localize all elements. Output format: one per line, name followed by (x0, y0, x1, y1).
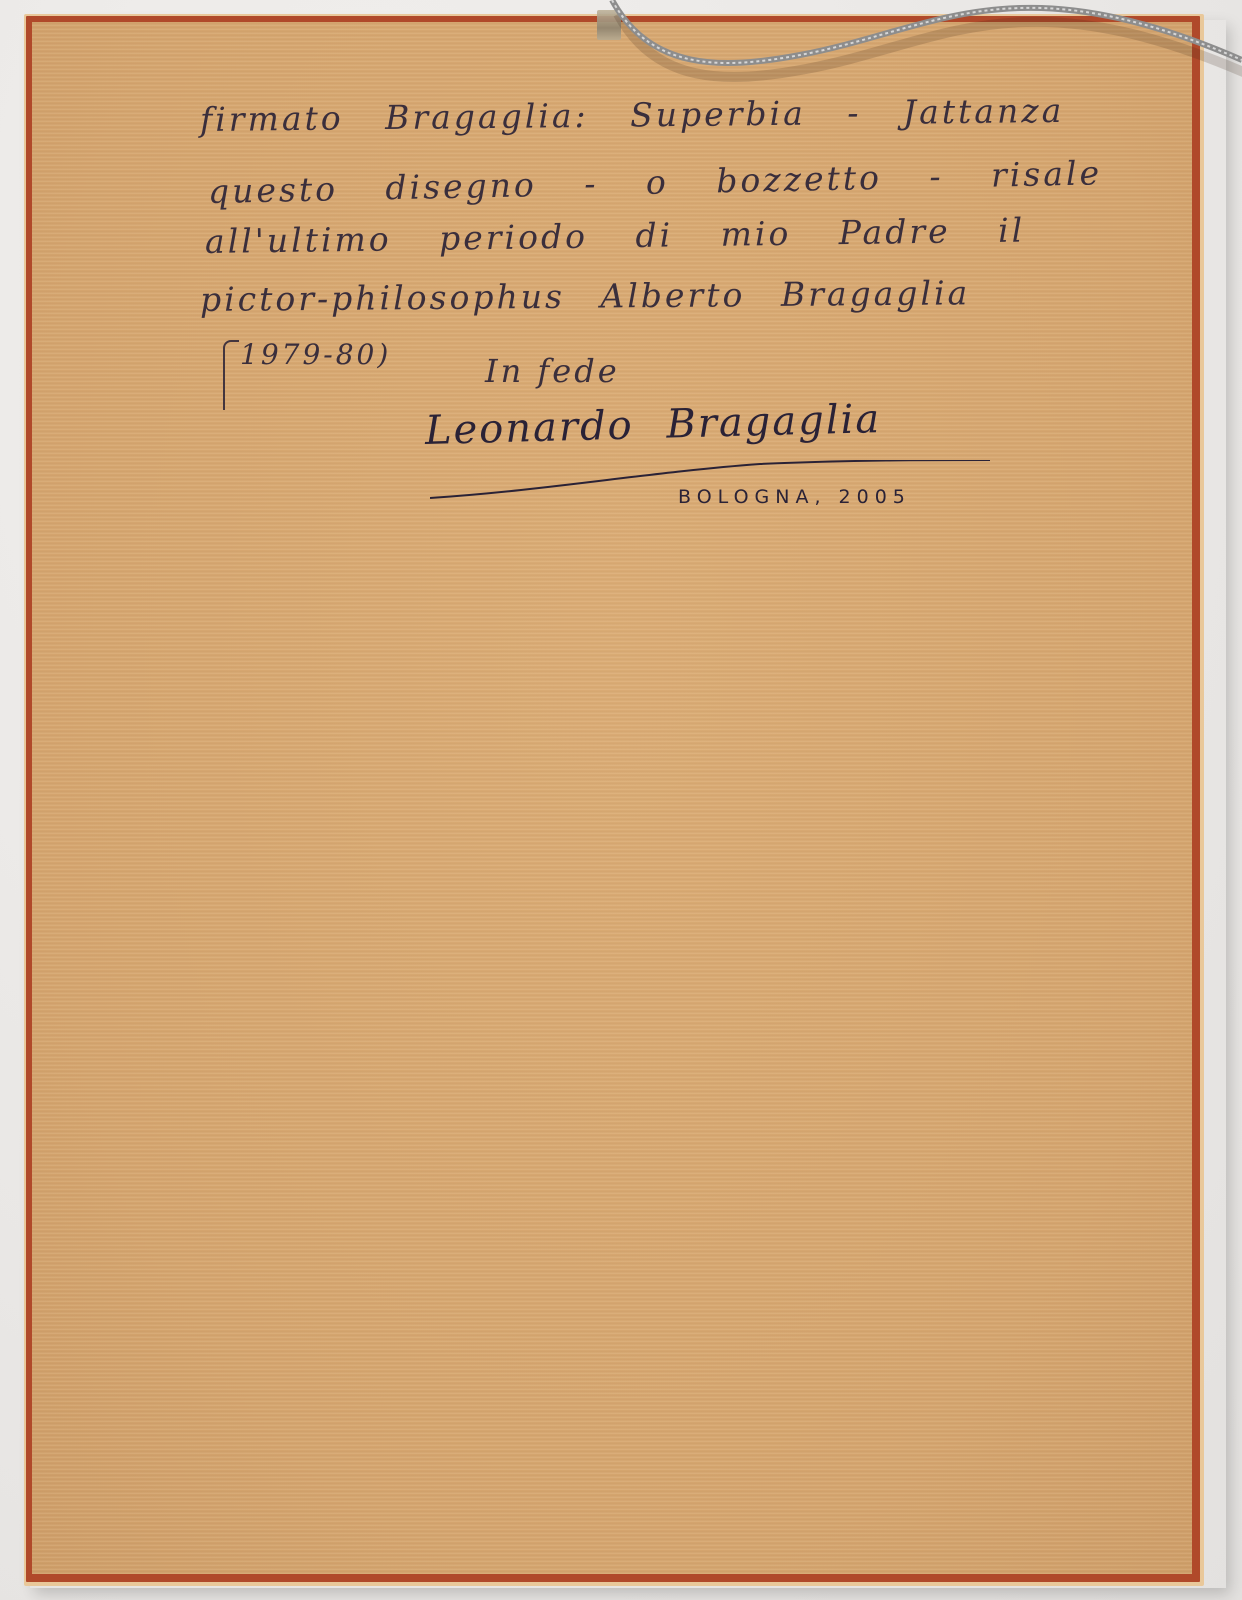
inscription-line-1: firmato Bragaglia: Superbia - Jattanza (200, 91, 1065, 139)
inscription-dates: 1979-80) (240, 338, 391, 371)
inscription-line-2: questo disegno - o bozzetto - risale (208, 153, 1103, 211)
handwritten-inscription: firmato Bragaglia: Superbia - Jattanza q… (0, 0, 1242, 1600)
place-date: BOLOGNA, 2005 (678, 486, 911, 508)
inscription-line-3: all'ultimo periodo di mio Padre il (205, 211, 1026, 261)
inscription-in-fede: In fede (485, 352, 620, 390)
signature: Leonardo Bragaglia (424, 396, 881, 454)
inscription-line-4: pictor-philosophus Alberto Bragaglia (200, 273, 971, 319)
bracket-mark (223, 340, 239, 410)
